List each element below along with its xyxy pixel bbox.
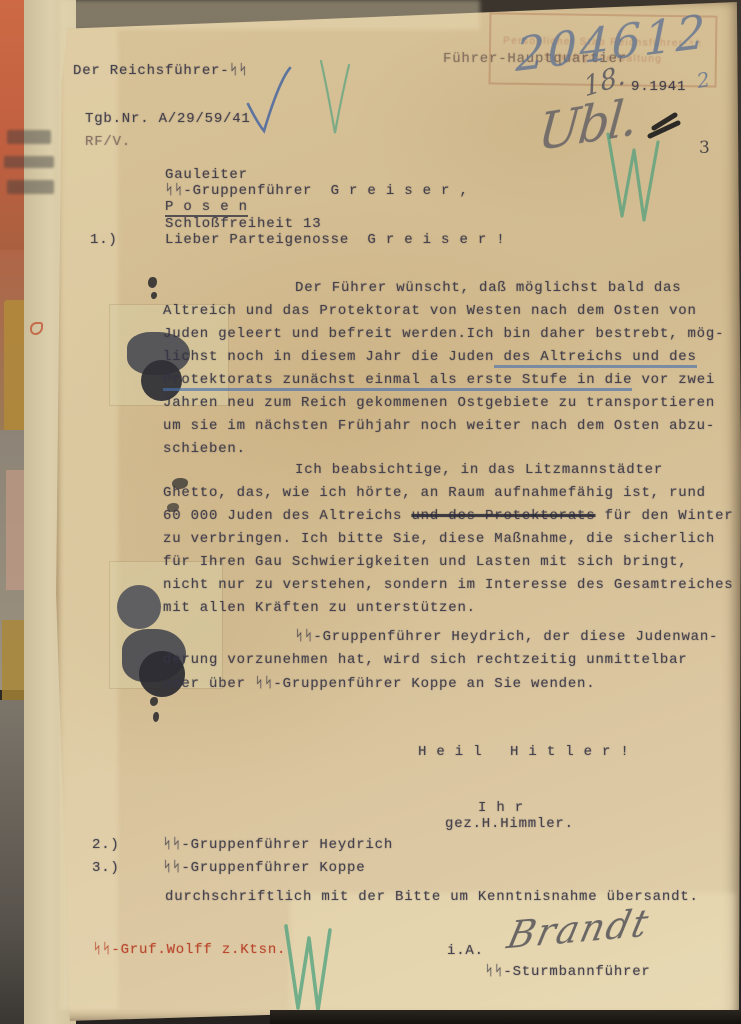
- body-line: schieben.: [163, 442, 246, 456]
- sender-line: Der Reichsführer-ᛋᛋ: [73, 64, 248, 78]
- sheet-top-light-strip: [60, 0, 480, 30]
- closing-ihr: I h r: [478, 801, 524, 815]
- body-line: Ich beabsichtige, in das Litzmannstädter: [295, 463, 663, 477]
- body-line: Der Führer wünscht, daß möglichst bald d…: [295, 281, 681, 295]
- item-number-2: 2.): [92, 838, 120, 852]
- body-line: Jahren neu zum Reich gekommenen Ostgebie…: [163, 396, 715, 410]
- page-number: 3: [699, 138, 710, 158]
- body-segment: für den Winter: [595, 508, 733, 524]
- body-line: derung vorzunehmen hat, wird sich rechtz…: [163, 653, 687, 667]
- underlying-text-fragment: [7, 180, 54, 194]
- body-line: um sie im nächsten Frühjahr noch weiter …: [163, 419, 715, 433]
- underlying-text-fragment: [4, 156, 54, 168]
- scanned-document-page: Persönlicher Stab Reichsführer-ᛋᛋ Schrif…: [0, 0, 741, 1024]
- item-number-1: 1.): [90, 233, 118, 247]
- journal-number: Tgb.Nr. A/29/59/41: [85, 112, 251, 126]
- recipient-city-text: P o s e n: [165, 199, 248, 217]
- green-scribble-top: [600, 128, 666, 224]
- distribution-note: durchschriftlich mit der Bitte um Kenntn…: [165, 890, 699, 904]
- typed-date: 9.1941: [631, 80, 686, 94]
- reference-initials: RF/V.: [85, 135, 131, 149]
- blue-underlined-segment: Protektorats zunächst einmal als erste S…: [163, 372, 632, 391]
- distribution-heydrich: ᛋᛋ-Gruppenführer Heydrich: [163, 838, 393, 852]
- body-segment: lichst noch in diesem Jahr die Juden: [163, 349, 494, 365]
- body-line: nicht nur zu verstehen, sondern im Inter…: [163, 578, 733, 592]
- body-line: mit allen Kräften zu unterstützen.: [163, 601, 476, 615]
- body-line: ᛋᛋ-Gruppenführer Heydrich, der diese Jud…: [295, 630, 718, 644]
- closing-signed: gez.H.Himmler.: [445, 817, 574, 831]
- recipient-name: ᛋᛋ-Gruppenführer G r e i s e r ,: [165, 184, 469, 198]
- recipient-city: P o s e n: [165, 200, 248, 214]
- distribution-koppe: ᛋᛋ-Gruppenführer Koppe: [163, 861, 365, 875]
- body-line: Altreich und das Protektorat von Westen …: [163, 304, 697, 318]
- blue-checkmark: [243, 66, 293, 134]
- body-line: 60 000 Juden des Altreichs und des Prote…: [163, 509, 734, 523]
- red-routing-note: ᛋᛋ-Gruf.Wolff z.Ktsn.: [93, 943, 286, 957]
- body-line: oder über ᛋᛋ-Gruppenführer Koppe an Sie …: [163, 677, 595, 691]
- blue-underlined-segment: des Altreichs und des: [494, 349, 696, 368]
- scan-bottom-edge: [270, 1010, 741, 1024]
- body-segment: vor zwei: [632, 372, 715, 388]
- ink-blot: [117, 585, 161, 629]
- body-line: zu verbringen. Ich bitte Sie, diese Maßn…: [163, 532, 715, 546]
- item-number-3: 3.): [92, 861, 120, 875]
- ia-abbreviation: i.A.: [447, 944, 484, 958]
- body-line: für Ihren Gau Schwierigkeiten und Lasten…: [163, 555, 687, 569]
- green-scribble-bottom: [276, 918, 338, 1016]
- closing-salute: H e i l H i t l e r !: [418, 745, 630, 759]
- struck-through-segment: und des Protektorats: [411, 508, 595, 524]
- body-line: lichst noch in diesem Jahr die Juden des…: [163, 350, 697, 364]
- recipient-street: Schloßfreiheit 13: [165, 217, 321, 231]
- body-line: Juden geleert und befreit werden.Ich bin…: [163, 327, 724, 341]
- salutation-line: Lieber Parteigenosse G r e i s e r !: [165, 233, 505, 247]
- body-line: Protektorats zunächst einmal als erste S…: [163, 373, 715, 387]
- body-line: Ghetto, das, wie ich hörte, an Raum aufn…: [163, 486, 706, 500]
- green-checkmark: [318, 58, 352, 138]
- body-segment: 60 000 Juden des Altreichs: [163, 508, 411, 524]
- signer-rank: ᛋᛋ-Sturmbannführer: [485, 965, 651, 979]
- underlying-text-fragment: [7, 130, 51, 144]
- recipient-role: Gauleiter: [165, 168, 248, 182]
